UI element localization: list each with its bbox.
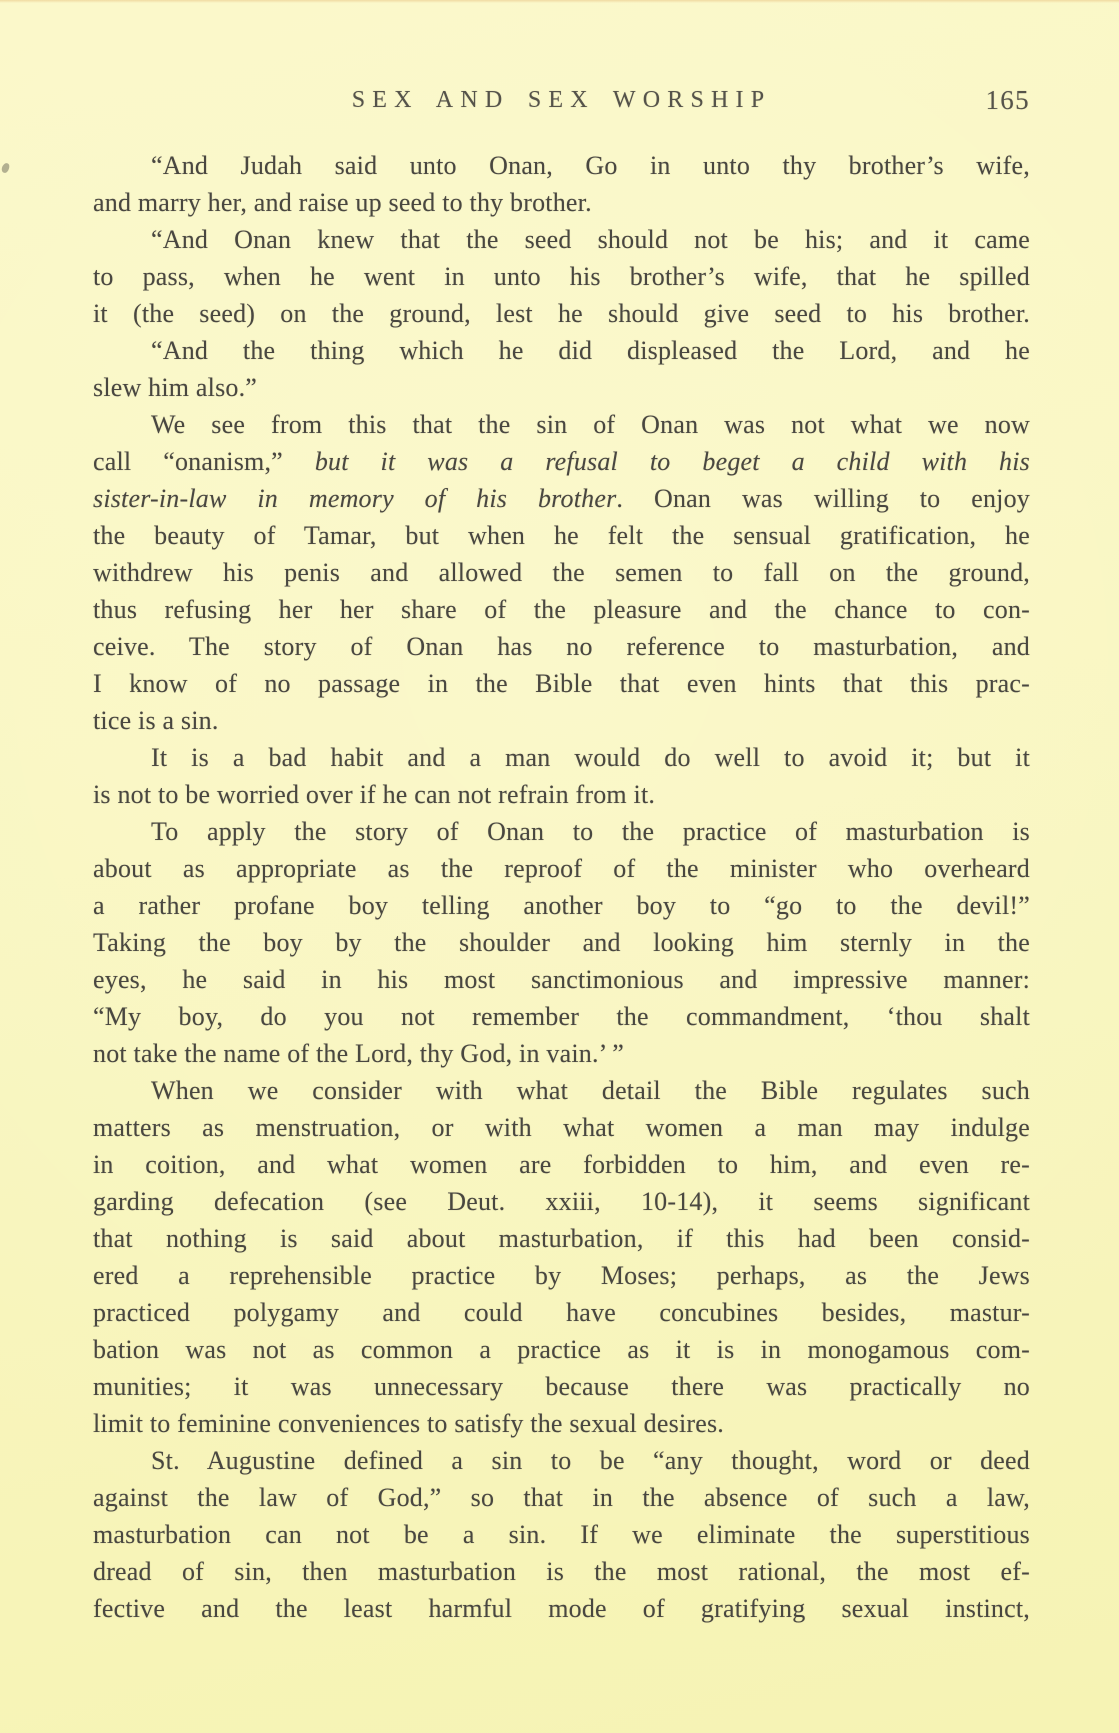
text-segment: garding defecation (see Deut. xxiii, 10-… [93,1187,1030,1216]
running-head: SEX AND SEX WORSHIP [93,87,1030,114]
text-line: bation was not as common a practice as i… [93,1331,1030,1368]
text-line: about as appropriate as the reproof of t… [93,850,1030,887]
page-header: SEX AND SEX WORSHIP 165 [93,87,1030,119]
text-segment: slew him also.” [93,373,257,402]
text-segment: “And Judah said unto Onan, Go in unto th… [151,151,1030,180]
text-segment: I know of no passage in the Bible that e… [93,669,1030,698]
text-line: sister-in-law in memory of his brother. … [93,480,1030,517]
book-page: SEX AND SEX WORSHIP 165 “And Judah said … [0,3,1119,1733]
italic-text-segment: sister-in-law in memory of his brother [93,484,616,513]
text-segment: munities; it was unnecessary because the… [93,1372,1030,1401]
text-segment: ered a reprehensible practice by Moses; … [93,1261,1030,1290]
text-line: ceive. The story of Onan has no referenc… [93,628,1030,665]
text-segment: ceive. The story of Onan has no referenc… [93,632,1030,661]
text-segment: against the law of God,” so that in the … [93,1483,1030,1512]
text-segment: masturbation can not be a sin. If we eli… [93,1520,1030,1549]
text-segment: to pass, when he went in unto his brothe… [93,262,1030,291]
text-line: tice is a sin. [93,702,1030,739]
text-segment: about as appropriate as the reproof of t… [93,854,1030,883]
text-line: Taking the boy by the shoulder and looki… [93,924,1030,961]
paragraph-1: “And Judah said unto Onan, Go in unto th… [93,147,1030,221]
text-segment: St. Augustine defined a sin to be “any t… [151,1446,1030,1475]
text-segment: It is a bad habit and a man would do wel… [151,743,1030,772]
text-line: limit to feminine conveniences to satisf… [93,1405,1030,1442]
text-line: “My boy, do you not remember the command… [93,998,1030,1035]
text-line: call “onanism,” but it was a refusal to … [93,443,1030,480]
text-segment: is not to be worried over if he can not … [93,780,655,809]
text-segment: withdrew his penis and allowed the semen… [93,558,1030,587]
text-segment: and marry her, and raise up seed to thy … [93,188,592,217]
text-line: masturbation can not be a sin. If we eli… [93,1516,1030,1553]
text-segment: We see from this that the sin of Onan wa… [151,410,1030,439]
text-line: garding defecation (see Deut. xxiii, 10-… [93,1183,1030,1220]
italic-text-segment: but it was a refusal to beget a child wi… [315,447,1030,476]
text-segment: bation was not as common a practice as i… [93,1335,1030,1364]
text-segment: When we consider with what detail the Bi… [151,1076,1030,1105]
text-line: ered a reprehensible practice by Moses; … [93,1257,1030,1294]
text-line: that nothing is said about masturbation,… [93,1220,1030,1257]
text-segment: the beauty of Tamar, but when he felt th… [93,521,1030,550]
text-segment: in coition, and what women are forbidden… [93,1150,1030,1179]
text-line: We see from this that the sin of Onan wa… [93,406,1030,443]
text-line: and marry her, and raise up seed to thy … [93,184,1030,221]
text-line: dread of sin, then masturbation is the m… [93,1553,1030,1590]
text-line: practiced polygamy and could have concub… [93,1294,1030,1331]
paragraph-5: It is a bad habit and a man would do wel… [93,739,1030,813]
paragraph-3: “And the thing which he did displeased t… [93,332,1030,406]
text-segment: not take the name of the Lord, thy God, … [93,1039,624,1068]
text-segment: thus refusing her her share of the pleas… [93,595,1030,624]
text-line: thus refusing her her share of the pleas… [93,591,1030,628]
text-line: “And the thing which he did displeased t… [93,332,1030,369]
text-segment: fective and the least harmful mode of gr… [93,1594,1030,1623]
text-segment: dread of sin, then masturbation is the m… [93,1557,1030,1586]
text-line: is not to be worried over if he can not … [93,776,1030,813]
text-line: not take the name of the Lord, thy God, … [93,1035,1030,1072]
paragraph-2: “And Onan knew that the seed should not … [93,221,1030,332]
text-line: matters as menstruation, or with what wo… [93,1109,1030,1146]
text-segment: “My boy, do you not remember the command… [93,1002,1030,1031]
text-segment: a rather profane boy telling another boy… [93,891,1030,920]
page-number: 165 [985,85,1030,116]
text-line: slew him also.” [93,369,1030,406]
text-segment: “And the thing which he did displeased t… [151,336,1030,365]
text-line: withdrew his penis and allowed the semen… [93,554,1030,591]
text-line: fective and the least harmful mode of gr… [93,1590,1030,1627]
text-segment: that nothing is said about masturbation,… [93,1224,1030,1253]
text-line: the beauty of Tamar, but when he felt th… [93,517,1030,554]
text-segment: eyes, he said in his most sanctimonious … [93,965,1030,994]
paragraph-4: We see from this that the sin of Onan wa… [93,406,1030,739]
text-line: “And Judah said unto Onan, Go in unto th… [93,147,1030,184]
text-segment: limit to feminine conveniences to satisf… [93,1409,724,1438]
paragraph-6: To apply the story of Onan to the practi… [93,813,1030,1072]
text-segment: To apply the story of Onan to the practi… [151,817,1030,846]
text-line: a rather profane boy telling another boy… [93,887,1030,924]
text-line: eyes, he said in his most sanctimonious … [93,961,1030,998]
text-line: I know of no passage in the Bible that e… [93,665,1030,702]
text-line: To apply the story of Onan to the practi… [93,813,1030,850]
text-segment: tice is a sin. [93,706,219,735]
text-line: it (the seed) on the ground, lest he sho… [93,295,1030,332]
text-segment: it (the seed) on the ground, lest he sho… [93,299,1030,328]
paragraph-8: St. Augustine defined a sin to be “any t… [93,1442,1030,1627]
text-line: against the law of God,” so that in the … [93,1479,1030,1516]
text-line: It is a bad habit and a man would do wel… [93,739,1030,776]
scan-speck [1,162,10,173]
text-segment: . Onan was willing to enjoy [616,484,1030,513]
text-line: munities; it was unnecessary because the… [93,1368,1030,1405]
body-text: “And Judah said unto Onan, Go in unto th… [93,147,1030,1627]
text-line: “And Onan knew that the seed should not … [93,221,1030,258]
text-line: in coition, and what women are forbidden… [93,1146,1030,1183]
paragraph-7: When we consider with what detail the Bi… [93,1072,1030,1442]
text-segment: matters as menstruation, or with what wo… [93,1113,1030,1142]
text-line: St. Augustine defined a sin to be “any t… [93,1442,1030,1479]
text-segment: call “onanism,” [93,447,315,476]
text-segment: “And Onan knew that the seed should not … [151,225,1030,254]
text-line: to pass, when he went in unto his brothe… [93,258,1030,295]
text-segment: Taking the boy by the shoulder and looki… [93,928,1030,957]
text-segment: practiced polygamy and could have concub… [93,1298,1030,1327]
text-line: When we consider with what detail the Bi… [93,1072,1030,1109]
